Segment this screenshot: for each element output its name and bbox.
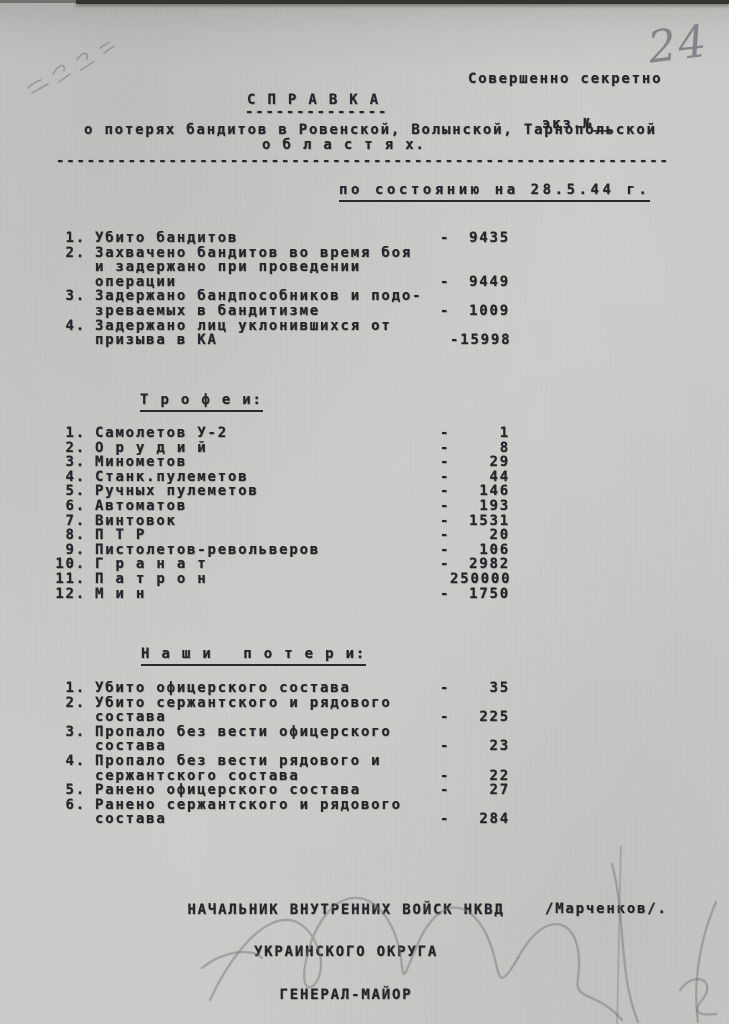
trophies-list: 1.Самолетов У-2-1 2.О р у д и й-8 3.Мино… [55, 426, 510, 601]
signature-block: НАЧАЛЬНИК ВНУТРЕННИХ ВОЙСК НКВД УКРАИНСК… [185, 874, 507, 1024]
list-item: 11.П а т р о н250000 [55, 572, 510, 587]
list-item-continuation: состава - 225 [55, 710, 510, 725]
list-item-continuation: состава - 23 [55, 739, 510, 754]
trophies-header: Т р о ф е и: [140, 392, 263, 412]
list-item: 5. Ранено офицерского состава - 27 [55, 783, 510, 798]
document-page: Совершенно секретно экз.№__ 24 С П Р А В… [0, 0, 729, 1024]
list-item: 1. Убито офицерского состава - 35 [55, 681, 510, 696]
list-item: 1.Самолетов У-2-1 [55, 426, 510, 441]
signature-title-line1: НАЧАЛЬНИК ВНУТРЕННИХ ВОЙСК НКВД [185, 903, 507, 917]
list-item: 1. Убито бандитов - 9435 [55, 231, 510, 246]
signature-title-line2: УКРАИНСКОГО ОКРУГА [185, 945, 507, 959]
title-underline: -------------- [245, 104, 388, 120]
list-item: 4.Станк.пулеметов-44 [55, 470, 510, 485]
handwritten-copy-number: 24 [645, 13, 729, 73]
classification-block: Совершенно секретно экз.№__ [468, 42, 662, 162]
handwritten-margin-note [20, 30, 130, 100]
list-item: 2. Захвачено бандитов во время боя [55, 246, 510, 261]
scan-edge-left [0, 0, 80, 3]
list-item: 6. Ранено сержантского и рядового [55, 798, 510, 813]
list-item-continuation: состава - 284 [55, 812, 510, 827]
list-item: 12.М и н-1750 [55, 587, 510, 602]
list-item: 8.П Т Р-20 [55, 528, 510, 543]
list-item: 6.Автоматов-193 [55, 499, 510, 514]
our-losses-list: 1. Убито офицерского состава - 35 2. Уби… [55, 681, 510, 827]
list-item: 2.О р у д и й-8 [55, 441, 510, 456]
signature-name: /Марченков/. [545, 901, 668, 917]
as-of-date: по состоянию на 28.5.44 г. [339, 182, 650, 202]
list-item-continuation: операции - 9449 [55, 275, 510, 290]
list-item: 3. Задержано бандпособников и подо- [55, 289, 510, 304]
classification-label: Совершенно секретно [468, 72, 662, 87]
paper-crease [616, 846, 621, 1024]
list-item-continuation: и задержано при проведении [55, 260, 510, 275]
document-subtitle-line1: о потерях бандитов в Ровенской, Волынско… [84, 122, 657, 138]
list-item: 3.Минометов-29 [55, 455, 510, 470]
list-item-continuation: призыва в КА -15998 [55, 333, 510, 348]
list-item: 5.Ручных пулеметов-146 [55, 484, 510, 499]
bandit-losses-list: 1. Убито бандитов - 9435 2. Захвачено ба… [55, 231, 510, 348]
list-item: 4. Задержано лиц уклонившихся от [55, 319, 510, 334]
list-item: 2. Убито сержантского и рядового [55, 696, 510, 711]
list-item: 7.Винтовок-1531 [55, 514, 510, 529]
our-losses-header: Н а ш и п о т е р и: [141, 646, 366, 666]
list-item: 10.Г р а н а т-2982 [55, 557, 510, 572]
document-subtitle-line2: о б л а с т я х. [262, 137, 426, 153]
dashed-separator: ----------------------------------------… [56, 153, 676, 169]
signature-title-line3: ГЕНЕРАЛ-МАЙОР [185, 988, 507, 1002]
scan-edge [76, 0, 729, 4]
list-item: 3. Пропало без вести офицерского [55, 725, 510, 740]
list-item: 9.Пистолетов-револьверов-106 [55, 543, 510, 558]
list-item: 4. Пропало без вести рядового и [55, 754, 510, 769]
list-item-continuation: зреваемых в бандитизме - 1009 [55, 304, 510, 319]
list-item-continuation: сержантского состава - 22 [55, 769, 510, 784]
